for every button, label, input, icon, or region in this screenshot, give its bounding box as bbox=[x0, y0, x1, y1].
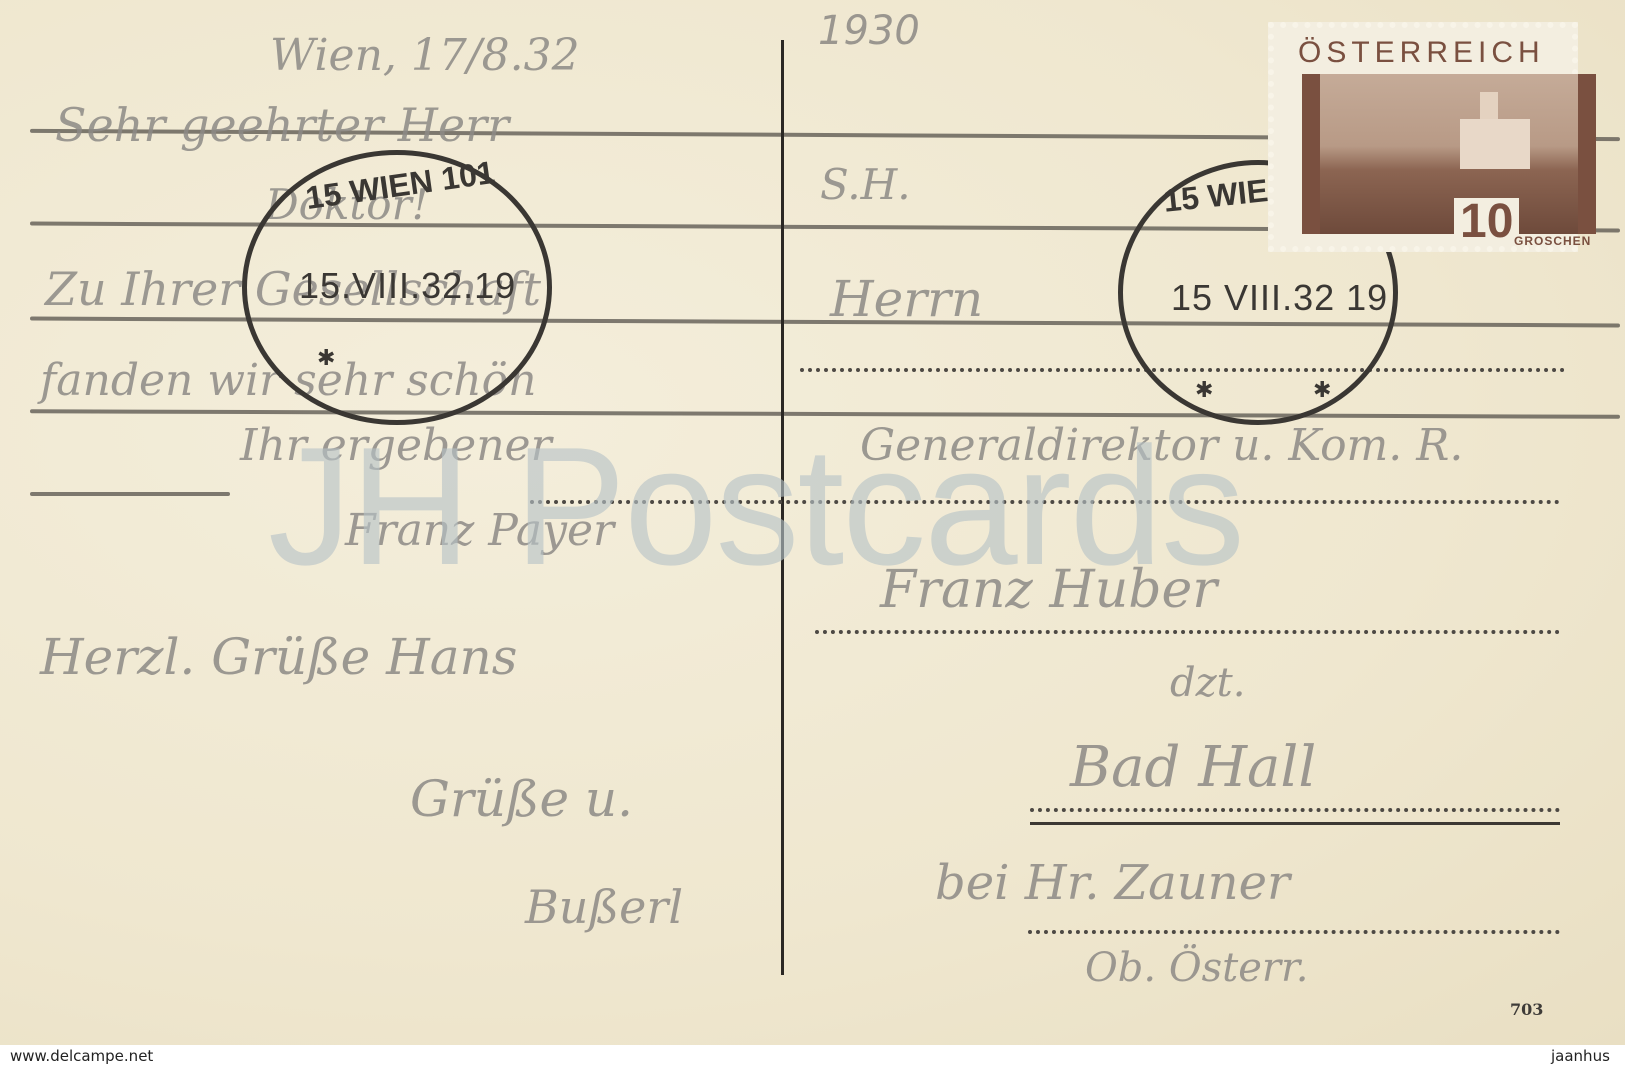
postmark-top-text: 15 WIEN 101 bbox=[303, 154, 497, 217]
message-line: Bußerl bbox=[525, 880, 683, 934]
address-line-text: bei Hr. Zauner bbox=[935, 855, 1290, 911]
stamp-value: 10 bbox=[1454, 198, 1519, 246]
stamp-castle-illustration bbox=[1302, 74, 1596, 234]
address-line bbox=[815, 630, 1560, 634]
address-line-text: Bad Hall bbox=[1070, 735, 1316, 800]
message-line: Herzl. Grüße Hans bbox=[40, 628, 517, 686]
message-line: Grüße u. bbox=[410, 770, 633, 828]
address-line-text: Ob. Österr. bbox=[1085, 945, 1308, 991]
postmark-date: 15.VIII.32.19 bbox=[299, 265, 516, 307]
footer-left-credit: www.delcampe.net bbox=[10, 1045, 153, 1068]
watermark: JH Postcards bbox=[268, 410, 1243, 603]
postage-stamp: ÖSTERREICH 10 GROSCHEN bbox=[1268, 22, 1578, 252]
cancel-line bbox=[30, 492, 230, 496]
address-line-text: Herrn bbox=[830, 270, 983, 328]
postmark-star-icon: ✱ bbox=[1195, 377, 1213, 403]
castle-icon bbox=[1460, 119, 1530, 169]
stamp-country: ÖSTERREICH bbox=[1298, 36, 1545, 70]
postcard-back: 1930 Wien, 17/8.32 Sehr geehrter Herr Do… bbox=[0, 0, 1625, 1045]
stamp-currency: GROSCHEN bbox=[1514, 234, 1591, 248]
address-line bbox=[1028, 930, 1560, 934]
pencil-year-note: 1930 bbox=[818, 8, 920, 54]
address-line-text: dzt. bbox=[1170, 660, 1245, 706]
card-number: 703 bbox=[1510, 1000, 1543, 1019]
postmark-left: 15 WIEN 101 15.VIII.32.19 ✱ bbox=[242, 150, 552, 425]
postmark-date: 15 VIII.32 19 bbox=[1171, 277, 1388, 319]
address-line-text: S.H. bbox=[820, 160, 911, 209]
postmark-star-icon: ✱ bbox=[317, 345, 335, 371]
message-line: Sehr geehrter Herr bbox=[55, 98, 509, 152]
address-underline bbox=[1030, 822, 1560, 825]
address-line bbox=[1030, 808, 1560, 812]
footer-right-credit: jaanhus bbox=[1551, 1045, 1610, 1068]
message-dateline: Wien, 17/8.32 bbox=[270, 30, 580, 81]
postmark-star-icon: ✱ bbox=[1313, 377, 1331, 403]
